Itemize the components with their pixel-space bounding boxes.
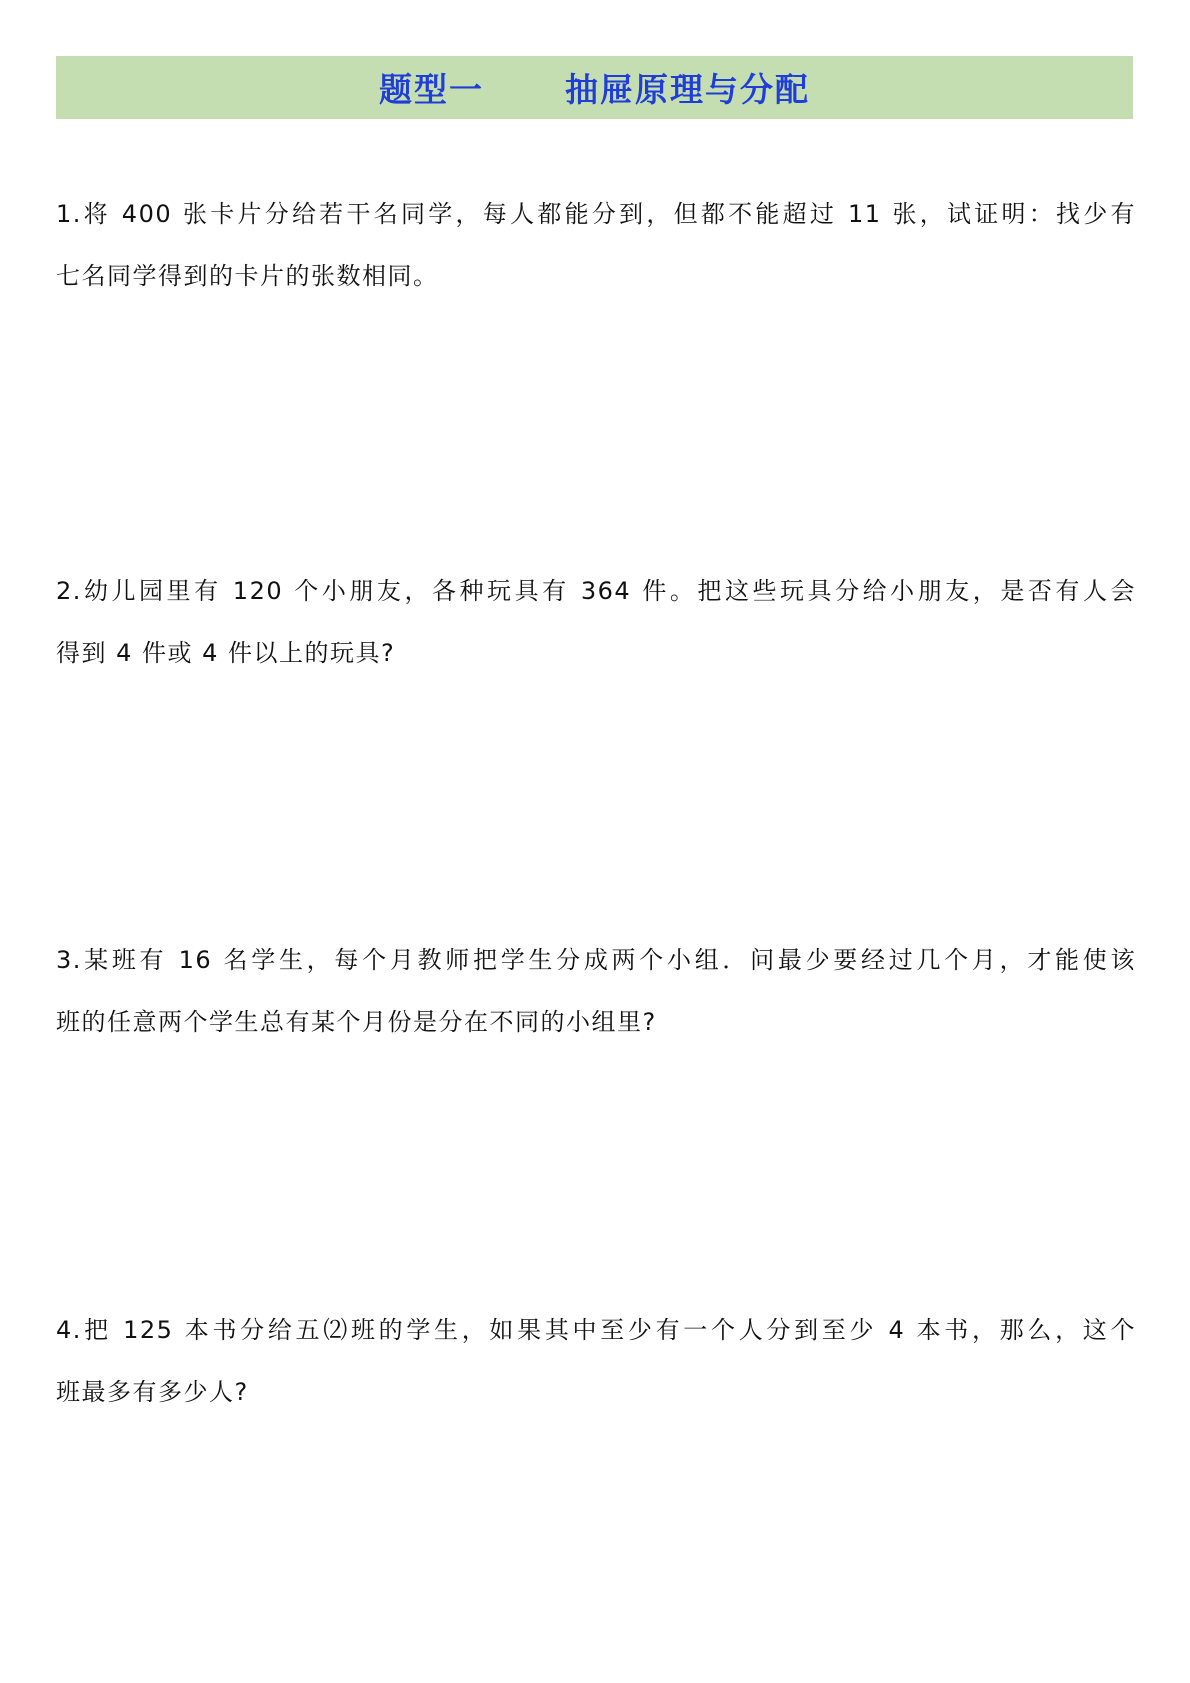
- question-1-line-1: 1.将 400 张卡片分给若干名同学，每人都能分到，但都不能超过 11 张，试证…: [56, 183, 1136, 245]
- question-2-line-2: 得到 4 件或 4 件以上的玩具?: [56, 622, 1136, 684]
- question-1-line-2: 七名同学得到的卡片的张数相同。: [56, 245, 1136, 307]
- question-3-line-1: 3.某班有 16 名学生，每个月教师把学生分成两个小组．问最少要经过几个月，才能…: [56, 929, 1136, 991]
- question-2: 2.幼儿园里有 120 个小朋友，各种玩具有 364 件。把这些玩具分给小朋友，…: [56, 560, 1136, 684]
- question-4: 4.把 125 本书分给五⑵班的学生，如果其中至少有一个人分到至少 4 本书，那…: [56, 1299, 1136, 1423]
- question-3: 3.某班有 16 名学生，每个月教师把学生分成两个小组．问最少要经过几个月，才能…: [56, 929, 1136, 1053]
- section-title: 题型一 抽屉原理与分配: [379, 64, 810, 111]
- question-3-line-2: 班的任意两个学生总有某个月份是分在不同的小组里?: [56, 991, 1136, 1053]
- question-1: 1.将 400 张卡片分给若干名同学，每人都能分到，但都不能超过 11 张，试证…: [56, 183, 1136, 307]
- question-2-line-1: 2.幼儿园里有 120 个小朋友，各种玩具有 364 件。把这些玩具分给小朋友，…: [56, 560, 1136, 622]
- question-4-line-2: 班最多有多少人?: [56, 1361, 1136, 1423]
- section-title-band: 题型一 抽屉原理与分配: [56, 56, 1133, 119]
- question-4-line-1: 4.把 125 本书分给五⑵班的学生，如果其中至少有一个人分到至少 4 本书，那…: [56, 1299, 1136, 1361]
